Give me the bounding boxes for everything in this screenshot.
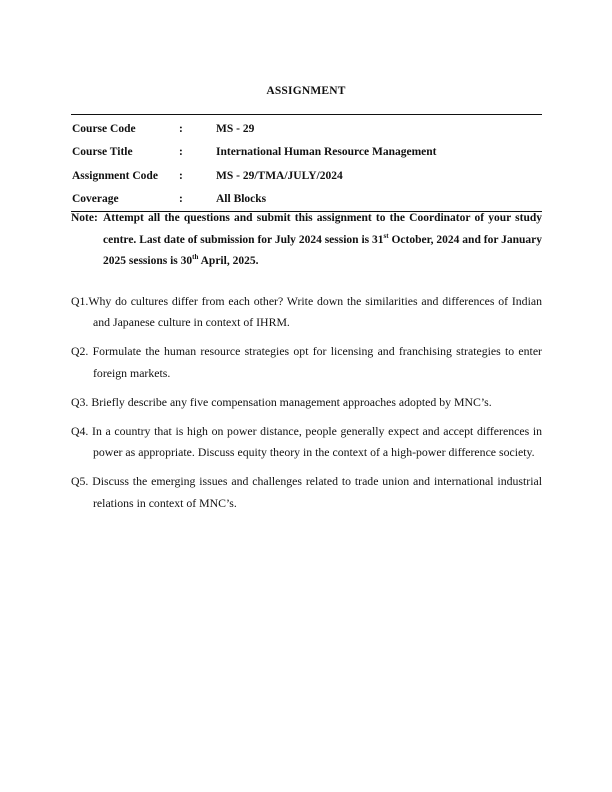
question-text: Discuss the emerging issues and challeng… [92,474,542,509]
question-item: Q4. In a country that is high on power d… [71,421,542,463]
question-number: Q3. [71,395,91,409]
question-number: Q2. [71,344,93,358]
question-item: Q3. Briefly describe any five compensati… [71,392,542,413]
info-label: Course Title [71,146,179,158]
question-item: Q1.Why do cultures differ from each othe… [71,291,542,333]
info-value: International Human Resource Management [216,146,542,158]
question-number: Q5. [71,474,92,488]
info-value: All Blocks [216,193,542,205]
question-text: Briefly describe any five compensation m… [91,395,491,409]
note-prefix: Note: [71,208,103,230]
info-label: Course Code [71,123,179,135]
note-body: Attempt all the questions and submit thi… [103,208,542,273]
submission-note: Note: Attempt all the questions and subm… [71,208,542,273]
question-number: Q4. [71,424,92,438]
page-title: ASSIGNMENT [0,85,612,97]
question-list: Q1.Why do cultures differ from each othe… [71,291,542,522]
info-value: MS - 29/TMA/JULY/2024 [216,170,542,182]
question-text: Why do cultures differ from each other? … [88,294,542,329]
info-row-assignment-code: Assignment Code : MS - 29/TMA/JULY/2024 [71,164,542,188]
info-value: MS - 29 [216,123,542,135]
info-separator: : [179,170,216,182]
note-text: April, 2025. [198,255,258,267]
info-separator: : [179,123,216,135]
question-text: Formulate the human resource strategies … [93,344,542,379]
question-item: Q2. Formulate the human resource strateg… [71,341,542,383]
info-row-course-code: Course Code : MS - 29 [71,117,542,141]
info-row-course-title: Course Title : International Human Resou… [71,141,542,165]
question-number: Q1. [71,294,88,308]
course-info-table: Course Code : MS - 29 Course Title : Int… [71,114,542,212]
question-item: Q5. Discuss the emerging issues and chal… [71,471,542,513]
question-text: In a country that is high on power dista… [92,424,542,459]
info-separator: : [179,146,216,158]
info-label: Assignment Code [71,170,179,182]
info-separator: : [179,193,216,205]
info-label: Coverage [71,193,179,205]
